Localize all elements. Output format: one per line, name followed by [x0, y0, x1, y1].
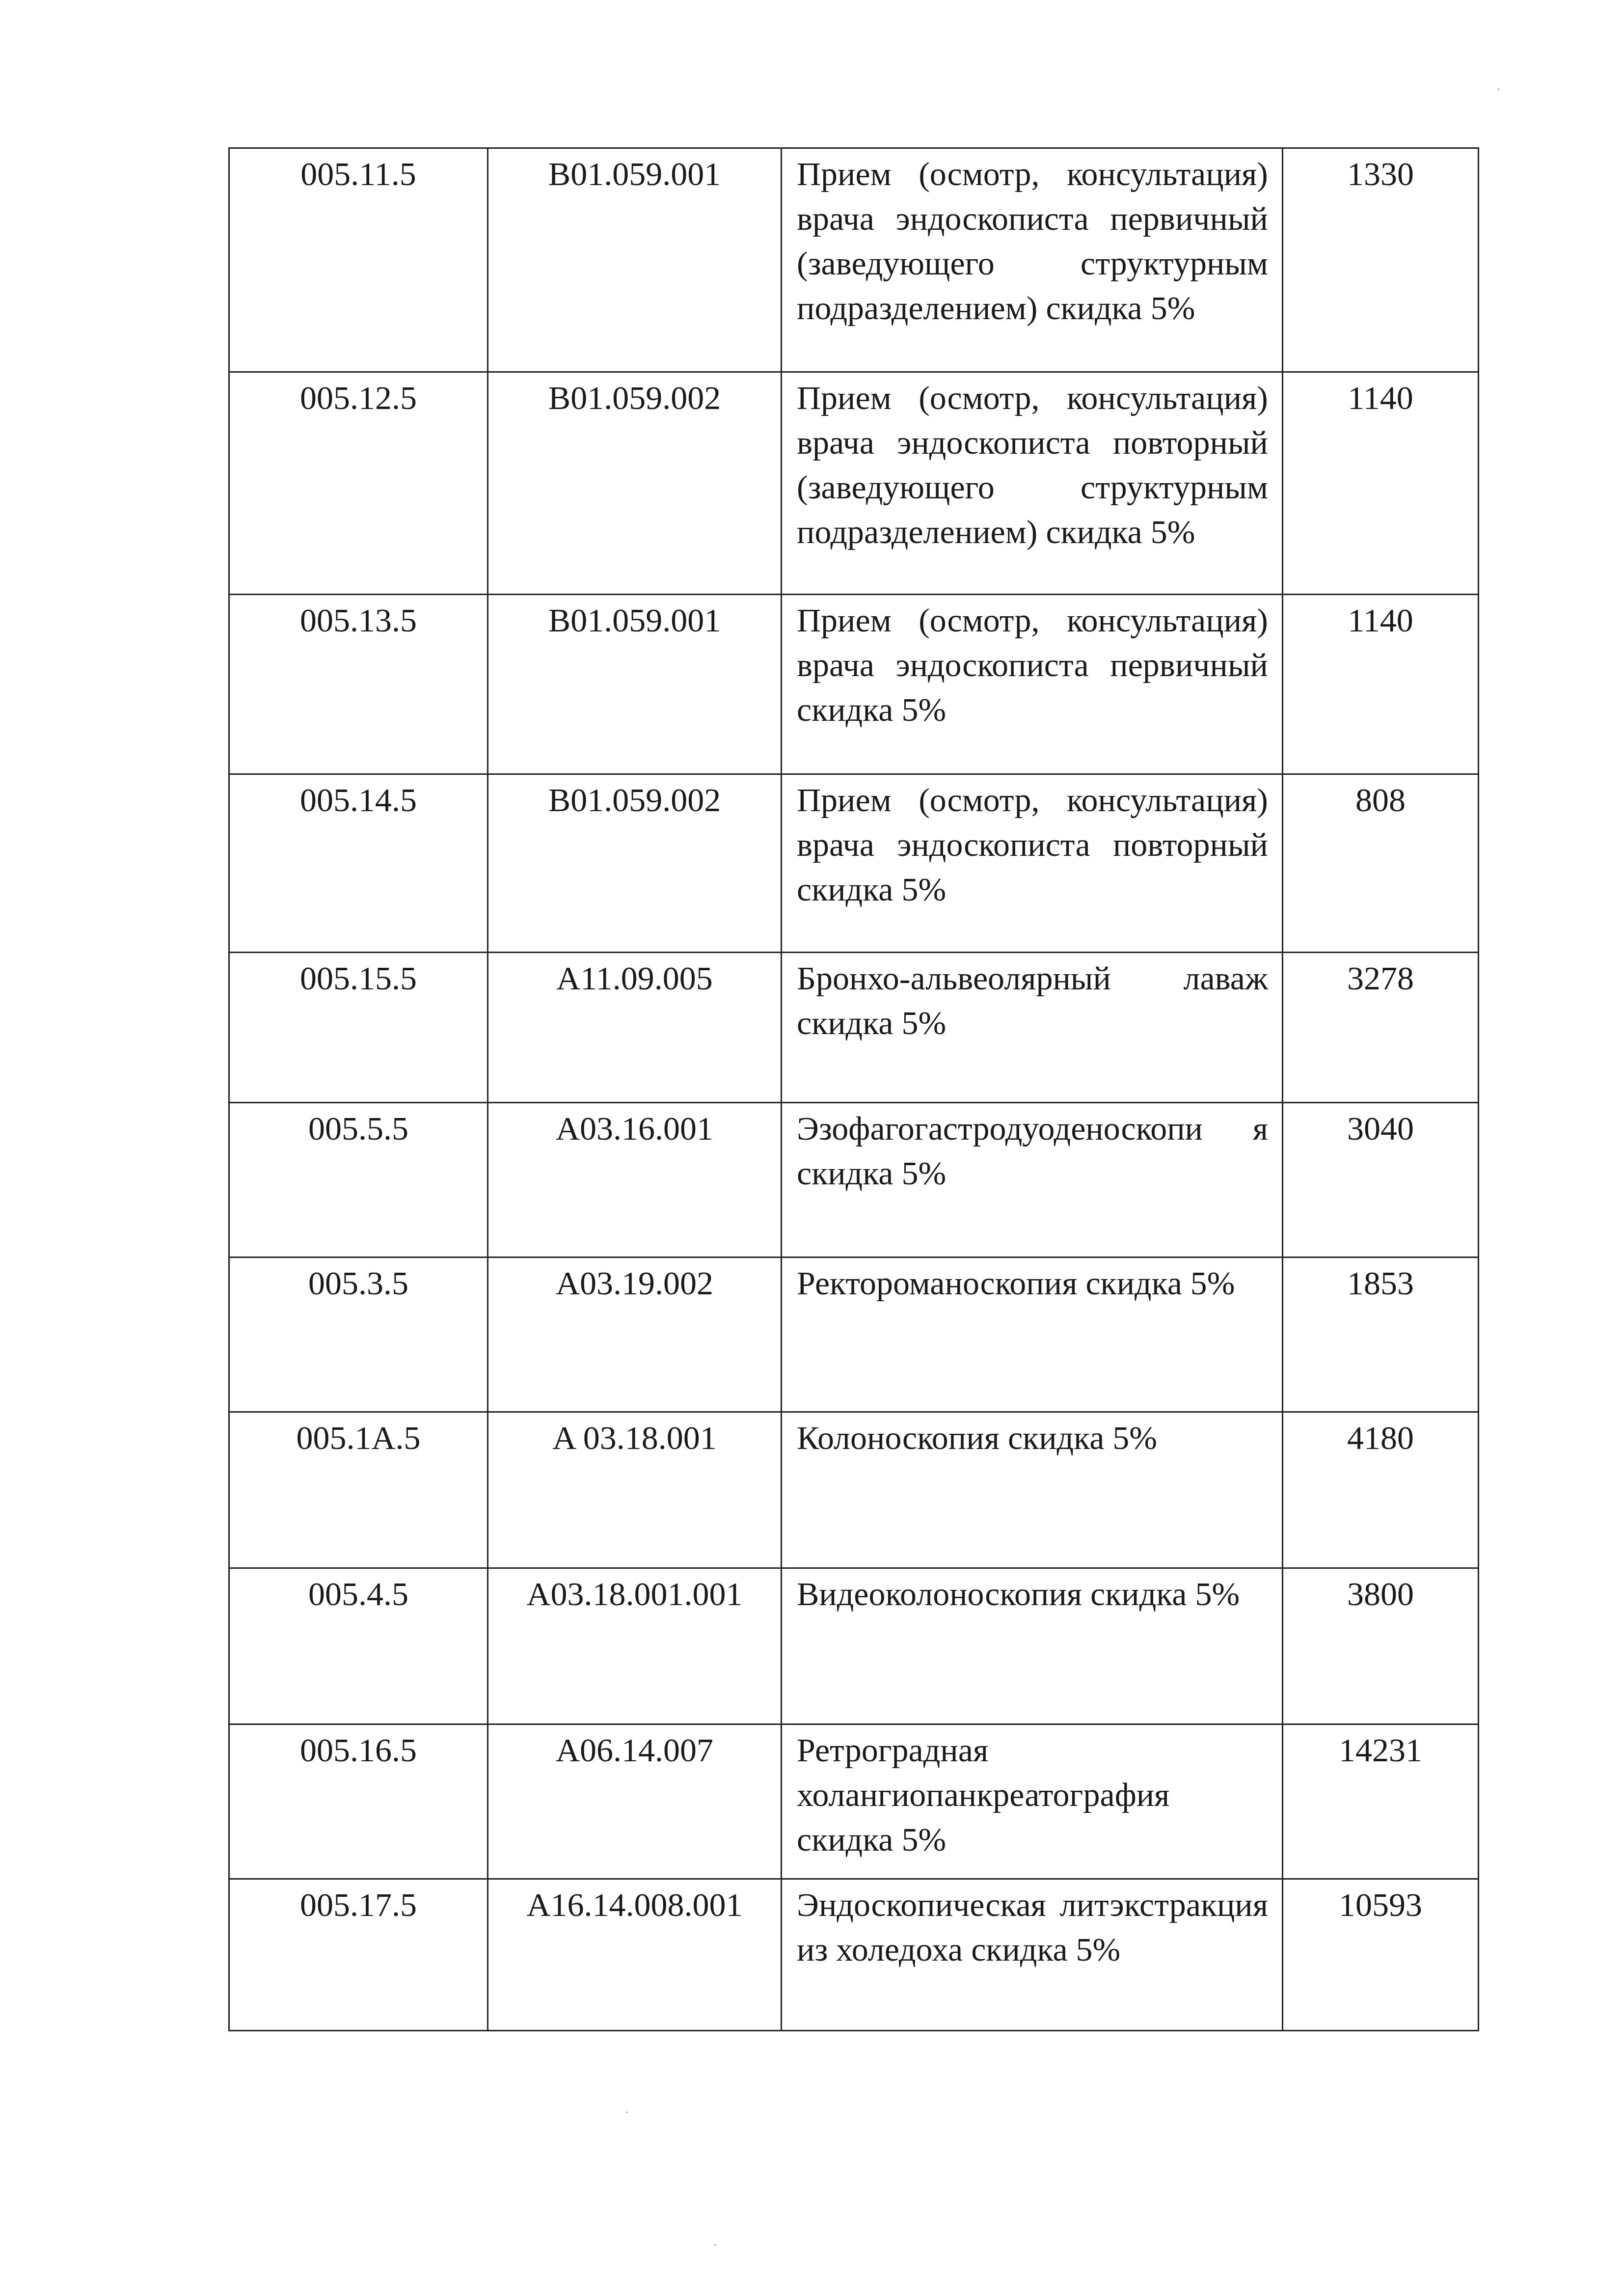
- nomenclature-code-cell: A03.16.001: [488, 1103, 782, 1257]
- table-row: 005.15.5 A11.09.005 Бронхо-альвеолярный …: [229, 953, 1479, 1103]
- scan-speck: [1497, 88, 1499, 90]
- service-name-cell: Прием (осмотр, консультация) врача эндос…: [782, 148, 1283, 372]
- service-name-cell: Эндоскопическая литэкстракция из холедох…: [782, 1879, 1283, 2031]
- nomenclature-code-cell: B01.059.002: [488, 774, 782, 953]
- price-cell: 3800: [1283, 1568, 1479, 1724]
- service-code-cell: 005.12.5: [229, 372, 488, 595]
- price-cell: 10593: [1283, 1879, 1479, 2031]
- price-cell: 3278: [1283, 953, 1479, 1103]
- service-name-cell: Прием (осмотр, консультация) врача эндос…: [782, 774, 1283, 953]
- nomenclature-code-cell: A06.14.007: [488, 1724, 782, 1879]
- nomenclature-code-cell: A 03.18.001: [488, 1412, 782, 1568]
- service-name-cell: Прием (осмотр, консультация) врача эндос…: [782, 595, 1283, 774]
- table-row: 005.5.5 A03.16.001 Эзофагогастродуоденос…: [229, 1103, 1479, 1257]
- price-cell: 14231: [1283, 1724, 1479, 1879]
- service-code-cell: 005.11.5: [229, 148, 488, 372]
- nomenclature-code-cell: B01.059.001: [488, 148, 782, 372]
- service-code-cell: 005.3.5: [229, 1257, 488, 1412]
- service-code-cell: 005.13.5: [229, 595, 488, 774]
- service-name-cell: Прием (осмотр, консультация) врача эндос…: [782, 372, 1283, 595]
- nomenclature-code-cell: A11.09.005: [488, 953, 782, 1103]
- table-row: 005.11.5 B01.059.001 Прием (осмотр, конс…: [229, 148, 1479, 372]
- nomenclature-code-cell: A16.14.008.001: [488, 1879, 782, 2031]
- price-cell: 3040: [1283, 1103, 1479, 1257]
- scan-speck: [714, 2244, 716, 2246]
- price-cell: 4180: [1283, 1412, 1479, 1568]
- table-row: 005.17.5 A16.14.008.001 Эндоскопическая …: [229, 1879, 1479, 2031]
- price-cell: 1140: [1283, 372, 1479, 595]
- service-code-cell: 005.14.5: [229, 774, 488, 953]
- table-row: 005.16.5 A06.14.007 Ретроградная холанги…: [229, 1724, 1479, 1879]
- nomenclature-code-cell: A03.18.001.001: [488, 1568, 782, 1724]
- service-code-cell: 005.4.5: [229, 1568, 488, 1724]
- price-table: 005.11.5 B01.059.001 Прием (осмотр, конс…: [228, 147, 1479, 2031]
- service-code-cell: 005.1A.5: [229, 1412, 488, 1568]
- service-code-cell: 005.16.5: [229, 1724, 488, 1879]
- table-row: 005.4.5 A03.18.001.001 Видеоколоноскопия…: [229, 1568, 1479, 1724]
- service-code-cell: 005.15.5: [229, 953, 488, 1103]
- service-name-cell: Эзофагогастродуоденоскопи я скидка 5%: [782, 1103, 1283, 1257]
- service-name-cell: Бронхо-альвеолярный лаваж скидка 5%: [782, 953, 1283, 1103]
- service-code-cell: 005.5.5: [229, 1103, 488, 1257]
- price-cell: 1853: [1283, 1257, 1479, 1412]
- service-name-cell: Колоноскопия скидка 5%: [782, 1412, 1283, 1568]
- table-row: 005.1A.5 A 03.18.001 Колоноскопия скидка…: [229, 1412, 1479, 1568]
- price-table-body: 005.11.5 B01.059.001 Прием (осмотр, конс…: [229, 148, 1479, 2031]
- nomenclature-code-cell: B01.059.002: [488, 372, 782, 595]
- price-cell: 808: [1283, 774, 1479, 953]
- nomenclature-code-cell: B01.059.001: [488, 595, 782, 774]
- table-row: 005.14.5 B01.059.002 Прием (осмотр, конс…: [229, 774, 1479, 953]
- service-code-cell: 005.17.5: [229, 1879, 488, 2031]
- table-row: 005.12.5 B01.059.002 Прием (осмотр, конс…: [229, 372, 1479, 595]
- service-name-cell: Ретроградная холангиопанкреатография ски…: [782, 1724, 1283, 1879]
- price-cell: 1330: [1283, 148, 1479, 372]
- service-name-cell: Видеоколоноскопия скидка 5%: [782, 1568, 1283, 1724]
- table-row: 005.13.5 B01.059.001 Прием (осмотр, конс…: [229, 595, 1479, 774]
- service-name-cell: Ректороманоскопия скидка 5%: [782, 1257, 1283, 1412]
- scan-speck: [626, 2111, 628, 2113]
- nomenclature-code-cell: A03.19.002: [488, 1257, 782, 1412]
- table-row: 005.3.5 A03.19.002 Ректороманоскопия ски…: [229, 1257, 1479, 1412]
- price-cell: 1140: [1283, 595, 1479, 774]
